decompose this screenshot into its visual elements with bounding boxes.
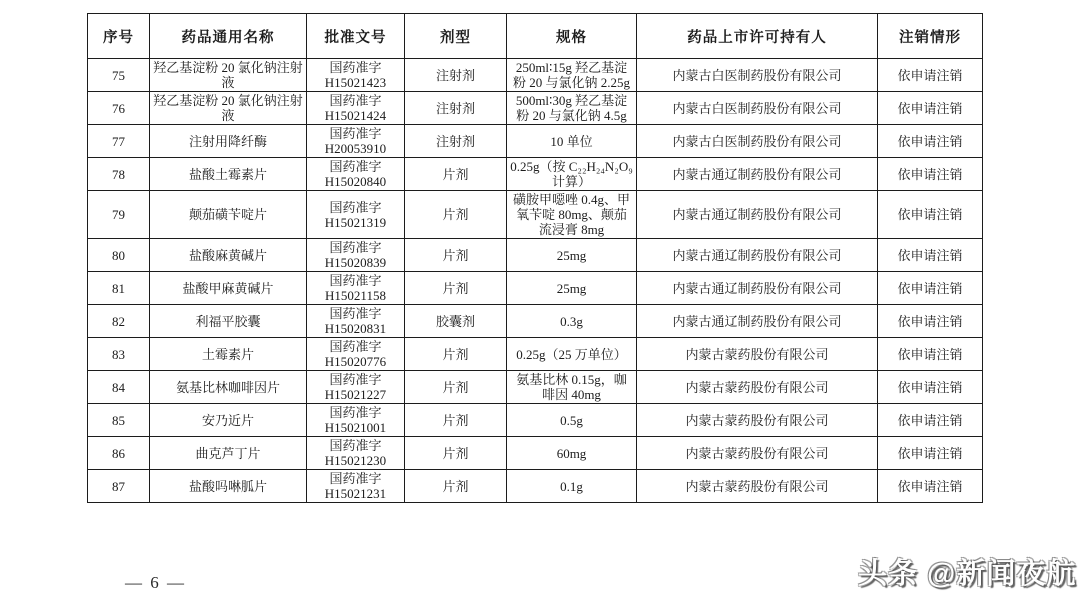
cell-cancellation-status: 依申请注销 — [878, 404, 983, 437]
cell-specification: 10 单位 — [507, 125, 637, 158]
cell-license-holder: 内蒙古蒙药股份有限公司 — [637, 371, 878, 404]
cell-drug-generic-name: 羟乙基淀粉 20 氯化钠注射液 — [150, 92, 307, 125]
cell-specification: 氨基比林 0.15g，咖啡因 40mg — [507, 371, 637, 404]
cell-specification: 25mg — [507, 239, 637, 272]
cell-serial-number: 76 — [88, 92, 150, 125]
cell-approval-number: 国药准字 H15021230 — [307, 437, 405, 470]
cell-license-holder: 内蒙古通辽制药股份有限公司 — [637, 305, 878, 338]
cell-cancellation-status: 依申请注销 — [878, 371, 983, 404]
cell-license-holder: 内蒙古蒙药股份有限公司 — [637, 437, 878, 470]
cell-approval-number: 国药准字 H15021424 — [307, 92, 405, 125]
table-row: 75 羟乙基淀粉 20 氯化钠注射液 国药准字 H15021423 注射剂 25… — [88, 59, 983, 92]
cell-approval-number: 国药准字 H15020840 — [307, 158, 405, 191]
table-row: 77 注射用降纤酶 国药准字 H20053910 注射剂 10 单位 内蒙古白医… — [88, 125, 983, 158]
cell-serial-number: 85 — [88, 404, 150, 437]
cell-specification: 60mg — [507, 437, 637, 470]
cell-cancellation-status: 依申请注销 — [878, 437, 983, 470]
cell-drug-generic-name: 注射用降纤酶 — [150, 125, 307, 158]
cell-license-holder: 内蒙古蒙药股份有限公司 — [637, 338, 878, 371]
table-row: 84 氨基比林咖啡因片 国药准字 H15021227 片剂 氨基比林 0.15g… — [88, 371, 983, 404]
cell-approval-number: 国药准字 H15021227 — [307, 371, 405, 404]
cell-cancellation-status: 依申请注销 — [878, 158, 983, 191]
cell-dosage-form: 胶囊剂 — [405, 305, 507, 338]
cell-drug-generic-name: 利福平胶囊 — [150, 305, 307, 338]
cell-license-holder: 内蒙古通辽制药股份有限公司 — [637, 272, 878, 305]
cell-serial-number: 87 — [88, 470, 150, 503]
cell-cancellation-status: 依申请注销 — [878, 470, 983, 503]
cell-drug-generic-name: 盐酸甲麻黄碱片 — [150, 272, 307, 305]
cell-approval-number: 国药准字 H20053910 — [307, 125, 405, 158]
cell-serial-number: 83 — [88, 338, 150, 371]
cell-specification: 25mg — [507, 272, 637, 305]
cell-cancellation-status: 依申请注销 — [878, 239, 983, 272]
cell-approval-number: 国药准字 H15021319 — [307, 191, 405, 239]
table-row: 87 盐酸吗啉胍片 国药准字 H15021231 片剂 0.1g 内蒙古蒙药股份… — [88, 470, 983, 503]
cell-specification: 0.1g — [507, 470, 637, 503]
cell-license-holder: 内蒙古白医制药股份有限公司 — [637, 92, 878, 125]
table-row: 76 羟乙基淀粉 20 氯化钠注射液 国药准字 H15021424 注射剂 50… — [88, 92, 983, 125]
table-row: 78 盐酸土霉素片 国药准字 H15020840 片剂 0.25g（按 C₂₂H… — [88, 158, 983, 191]
cell-approval-number: 国药准字 H15021001 — [307, 404, 405, 437]
header-license-holder: 药品上市许可持有人 — [637, 14, 878, 59]
cell-dosage-form: 注射剂 — [405, 59, 507, 92]
cell-approval-number: 国药准字 H15021231 — [307, 470, 405, 503]
header-drug-generic-name: 药品通用名称 — [150, 14, 307, 59]
cell-cancellation-status: 依申请注销 — [878, 191, 983, 239]
cell-approval-number: 国药准字 H15020831 — [307, 305, 405, 338]
cell-dosage-form: 片剂 — [405, 191, 507, 239]
cell-cancellation-status: 依申请注销 — [878, 305, 983, 338]
cell-drug-generic-name: 羟乙基淀粉 20 氯化钠注射液 — [150, 59, 307, 92]
header-specification: 规格 — [507, 14, 637, 59]
cell-approval-number: 国药准字 H15020776 — [307, 338, 405, 371]
cell-approval-number: 国药准字 H15020839 — [307, 239, 405, 272]
cell-license-holder: 内蒙古蒙药股份有限公司 — [637, 470, 878, 503]
cell-drug-generic-name: 土霉素片 — [150, 338, 307, 371]
header-serial-number: 序号 — [88, 14, 150, 59]
cell-dosage-form: 片剂 — [405, 338, 507, 371]
table-row: 83 土霉素片 国药准字 H15020776 片剂 0.25g（25 万单位） … — [88, 338, 983, 371]
cell-license-holder: 内蒙古通辽制药股份有限公司 — [637, 158, 878, 191]
cell-cancellation-status: 依申请注销 — [878, 272, 983, 305]
table-row: 79 颠茄磺苄啶片 国药准字 H15021319 片剂 磺胺甲噁唑 0.4g、甲… — [88, 191, 983, 239]
cell-approval-number: 国药准字 H15021158 — [307, 272, 405, 305]
cell-drug-generic-name: 氨基比林咖啡因片 — [150, 371, 307, 404]
cell-license-holder: 内蒙古蒙药股份有限公司 — [637, 404, 878, 437]
cell-license-holder: 内蒙古通辽制药股份有限公司 — [637, 239, 878, 272]
table-row: 81 盐酸甲麻黄碱片 国药准字 H15021158 片剂 25mg 内蒙古通辽制… — [88, 272, 983, 305]
table-row: 82 利福平胶囊 国药准字 H15020831 胶囊剂 0.3g 内蒙古通辽制药… — [88, 305, 983, 338]
cell-serial-number: 84 — [88, 371, 150, 404]
cell-license-holder: 内蒙古通辽制药股份有限公司 — [637, 191, 878, 239]
cell-drug-generic-name: 盐酸麻黄碱片 — [150, 239, 307, 272]
cell-drug-generic-name: 盐酸吗啉胍片 — [150, 470, 307, 503]
cell-drug-generic-name: 颠茄磺苄啶片 — [150, 191, 307, 239]
cell-dosage-form: 注射剂 — [405, 125, 507, 158]
cell-dosage-form: 片剂 — [405, 437, 507, 470]
cell-cancellation-status: 依申请注销 — [878, 338, 983, 371]
cell-drug-generic-name: 盐酸土霉素片 — [150, 158, 307, 191]
cell-dosage-form: 片剂 — [405, 239, 507, 272]
cell-specification: 0.5g — [507, 404, 637, 437]
cell-dosage-form: 片剂 — [405, 404, 507, 437]
header-approval-number: 批准文号 — [307, 14, 405, 59]
cell-dosage-form: 片剂 — [405, 272, 507, 305]
cell-specification: 0.25g（按 C₂₂H₂₄N₂O₉ 计算） — [507, 158, 637, 191]
cell-drug-generic-name: 曲克芦丁片 — [150, 437, 307, 470]
cell-specification: 磺胺甲噁唑 0.4g、甲氧苄啶 80mg、颠茄流浸膏 8mg — [507, 191, 637, 239]
cell-specification: 500ml∶30g 羟乙基淀粉 20 与氯化钠 4.5g — [507, 92, 637, 125]
cell-dosage-form: 片剂 — [405, 371, 507, 404]
cell-dosage-form: 注射剂 — [405, 92, 507, 125]
table-row: 86 曲克芦丁片 国药准字 H15021230 片剂 60mg 内蒙古蒙药股份有… — [88, 437, 983, 470]
cell-serial-number: 75 — [88, 59, 150, 92]
cell-dosage-form: 片剂 — [405, 158, 507, 191]
header-cancellation-status: 注销情形 — [878, 14, 983, 59]
cell-serial-number: 81 — [88, 272, 150, 305]
cell-drug-generic-name: 安乃近片 — [150, 404, 307, 437]
cell-serial-number: 79 — [88, 191, 150, 239]
cell-serial-number: 82 — [88, 305, 150, 338]
table-row: 85 安乃近片 国药准字 H15021001 片剂 0.5g 内蒙古蒙药股份有限… — [88, 404, 983, 437]
header-dosage-form: 剂型 — [405, 14, 507, 59]
cell-specification: 0.3g — [507, 305, 637, 338]
cell-cancellation-status: 依申请注销 — [878, 125, 983, 158]
cell-serial-number: 86 — [88, 437, 150, 470]
cell-cancellation-status: 依申请注销 — [878, 92, 983, 125]
cell-specification: 0.25g（25 万单位） — [507, 338, 637, 371]
cell-cancellation-status: 依申请注销 — [878, 59, 983, 92]
cell-serial-number: 80 — [88, 239, 150, 272]
page-number: — 6 — — [125, 573, 186, 593]
cell-serial-number: 78 — [88, 158, 150, 191]
toutiao-watermark: 头条 @新闻夜航 — [858, 551, 1076, 592]
cell-specification: 250ml∶15g 羟乙基淀粉 20 与氯化钠 2.25g — [507, 59, 637, 92]
drug-cancellation-table: 序号 药品通用名称 批准文号 剂型 规格 药品上市许可持有人 注销情形 75 羟… — [87, 13, 983, 503]
table-row: 80 盐酸麻黄碱片 国药准字 H15020839 片剂 25mg 内蒙古通辽制药… — [88, 239, 983, 272]
cell-approval-number: 国药准字 H15021423 — [307, 59, 405, 92]
cell-license-holder: 内蒙古白医制药股份有限公司 — [637, 59, 878, 92]
cell-license-holder: 内蒙古白医制药股份有限公司 — [637, 125, 878, 158]
cell-dosage-form: 片剂 — [405, 470, 507, 503]
table-header-row: 序号 药品通用名称 批准文号 剂型 规格 药品上市许可持有人 注销情形 — [88, 14, 983, 59]
cell-serial-number: 77 — [88, 125, 150, 158]
